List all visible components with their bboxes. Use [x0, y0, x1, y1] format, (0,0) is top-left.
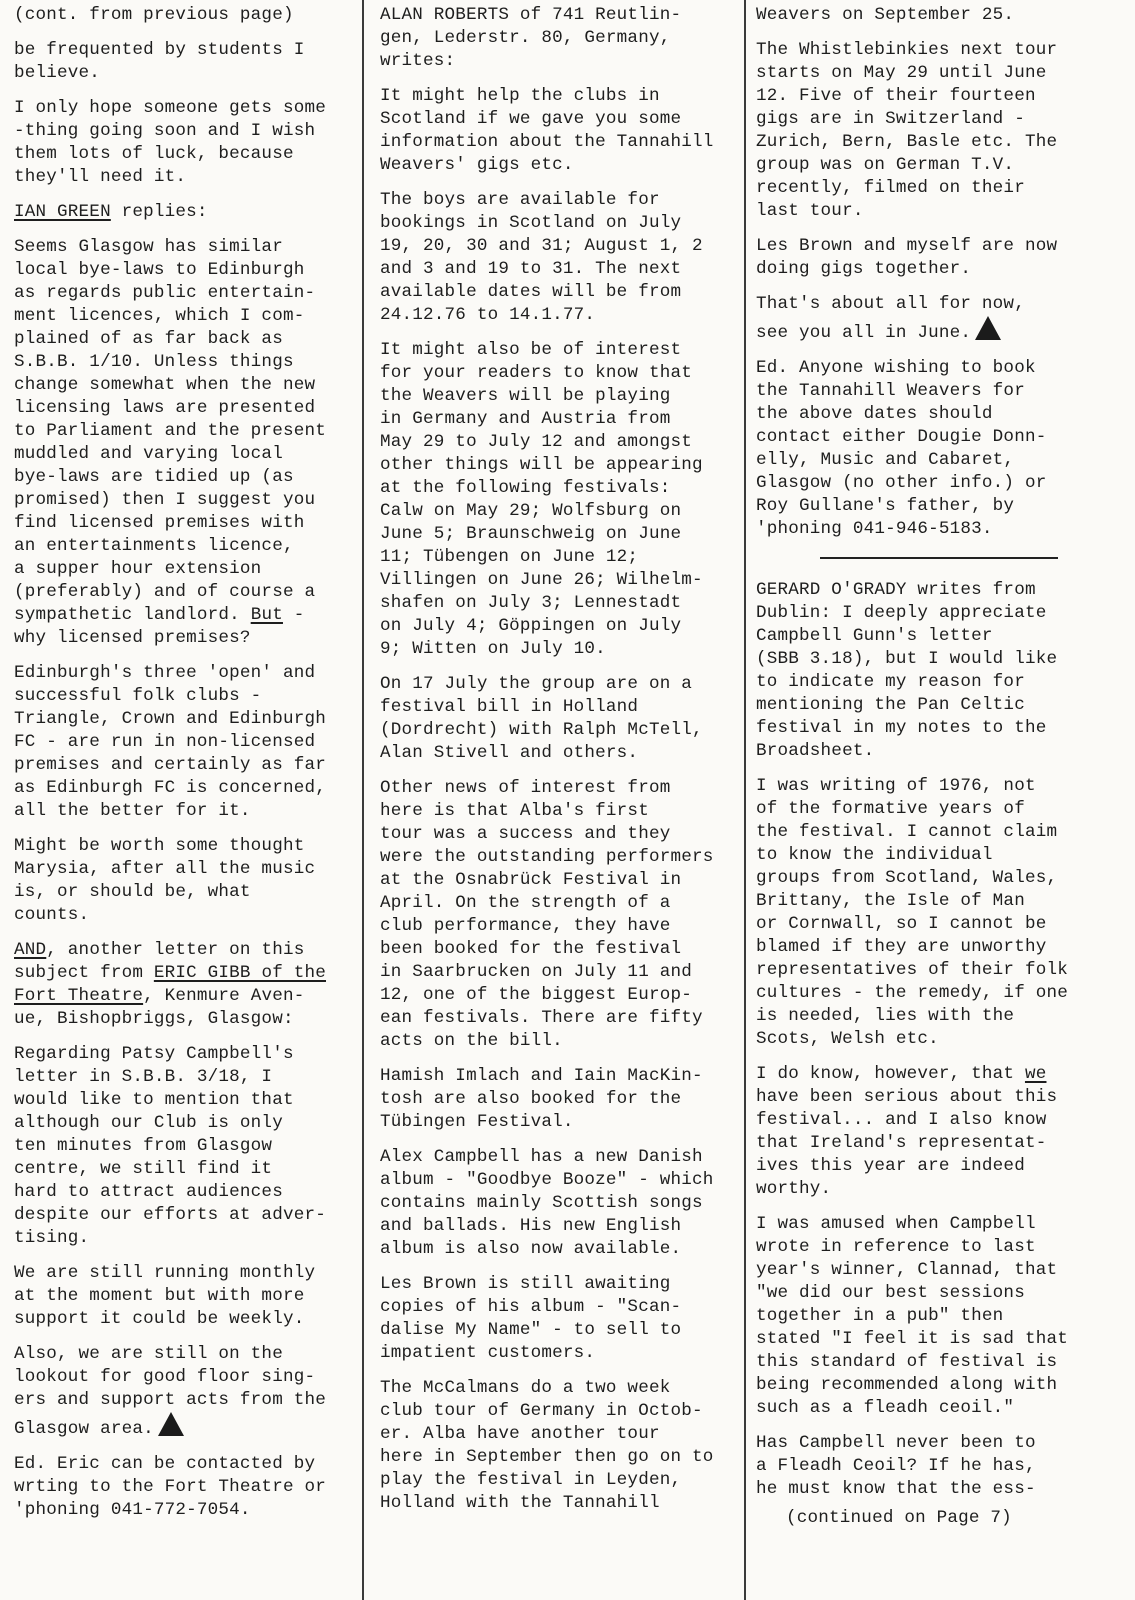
paragraph: Might be worth some thought Marysia, aft…	[14, 835, 364, 927]
letter-heading: ALAN ROBERTS of 741 Reutlin- gen, Leders…	[380, 4, 742, 73]
paragraph: Seems Glasgow has similar local bye-laws…	[14, 236, 364, 650]
paragraph: Alex Campbell has a new Danish album - "…	[380, 1146, 742, 1261]
text: Seems Glasgow has similar local bye-laws…	[14, 237, 326, 625]
letter-heading: GERARD O'GRADY writes from Dublin: I dee…	[756, 579, 1126, 763]
emphasis: But	[251, 605, 283, 625]
paragraph: be frequented by students I believe.	[14, 39, 364, 85]
continued-from-note: (cont. from previous page)	[14, 4, 364, 27]
paragraph: It might help the clubs in Scotland if w…	[380, 85, 742, 177]
right-column: Weavers on September 25. The Whistlebink…	[756, 0, 1126, 1600]
paragraph: That's about all for now, see you all in…	[756, 293, 1126, 345]
paragraph: AND, another letter on this subject from…	[14, 939, 364, 1031]
paragraph: Other news of interest from here is that…	[380, 777, 742, 1053]
continued-on-note: (continued on Page 7)	[786, 1507, 1126, 1530]
column-divider	[744, 0, 746, 1600]
paragraph: Les Brown and myself are now doing gigs …	[756, 235, 1126, 281]
emphasis: we	[1025, 1064, 1047, 1084]
paragraph: Also, we are still on the lookout for go…	[14, 1343, 364, 1441]
triangle-end-mark-icon	[158, 1412, 184, 1436]
paragraph: I was writing of 1976, not of the format…	[756, 775, 1126, 1051]
middle-column: ALAN ROBERTS of 741 Reutlin- gen, Leders…	[380, 0, 742, 1600]
paragraph: Les Brown is still awaiting copies of hi…	[380, 1273, 742, 1365]
paragraph: IAN GREEN replies:	[14, 201, 364, 224]
section-divider-rule	[820, 557, 1058, 559]
paragraph: On 17 July the group are on a festival b…	[380, 673, 742, 765]
editor-note: Ed. Anyone wishing to book the Tannahill…	[756, 357, 1126, 541]
paragraph: The boys are available for bookings in S…	[380, 189, 742, 327]
text: I do know, however, that	[756, 1064, 1025, 1084]
triangle-end-mark-icon	[975, 316, 1001, 340]
paragraph: The McCalmans do a two week club tour of…	[380, 1377, 742, 1515]
text: have been serious about this festival...…	[756, 1087, 1057, 1199]
paragraph: It might also be of interest for your re…	[380, 339, 742, 661]
paragraph: Regarding Patsy Campbell's letter in S.B…	[14, 1043, 364, 1250]
paragraph: I was amused when Campbell wrote in refe…	[756, 1213, 1126, 1420]
paragraph: The Whistlebinkies next tour starts on M…	[756, 39, 1126, 223]
left-column: (cont. from previous page) be frequented…	[14, 0, 364, 1600]
paragraph: Edinburgh's three 'open' and successful …	[14, 662, 364, 823]
text: replies:	[111, 202, 208, 222]
paragraph: Weavers on September 25.	[756, 4, 1126, 27]
editor-note: Ed. Eric can be contacted by wrting to t…	[14, 1453, 364, 1522]
paragraph: Has Campbell never been to a Fleadh Ceoi…	[756, 1432, 1126, 1501]
author-name: IAN GREEN	[14, 202, 111, 222]
paragraph: We are still running monthly at the mome…	[14, 1262, 364, 1331]
emphasis: AND	[14, 940, 46, 960]
paragraph: Hamish Imlach and Iain MacKin- tosh are …	[380, 1065, 742, 1134]
paragraph: I do know, however, that we have been se…	[756, 1063, 1126, 1201]
newsletter-page: (cont. from previous page) be frequented…	[0, 0, 1135, 1600]
paragraph: I only hope someone gets some -thing goi…	[14, 97, 364, 189]
